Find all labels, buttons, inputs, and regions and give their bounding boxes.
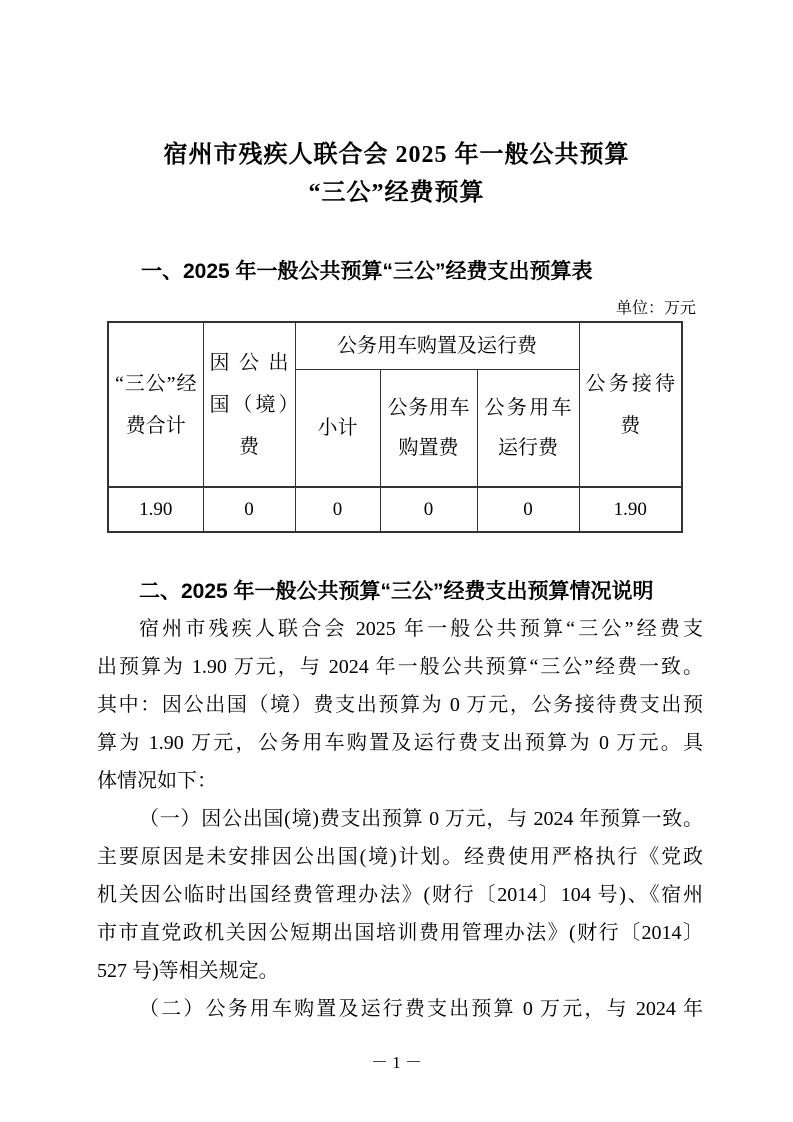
paragraph-line: 其中：因公出国（境）费支出预算为 0 万元，公务接待费支出预 — [97, 686, 703, 724]
header-reception-fee: 公务接待费 — [579, 322, 682, 487]
paragraph-line: 527 号)等相关规定。 — [97, 952, 703, 990]
paragraph-line: 算为 1.90 万元，公务用车购置及运行费支出预算为 0 万元。具 — [97, 724, 703, 762]
header-vehicle-purchase: 公务用车购置费 — [380, 369, 477, 487]
document-title-line2: “三公”经费预算 — [0, 174, 793, 212]
paragraph-line: （二）公务用车购置及运行费支出预算 0 万元，与 2024 年 — [97, 990, 703, 1028]
value-reception-fee: 1.90 — [579, 487, 682, 532]
unit-note: 单位：万元 — [616, 300, 696, 318]
paragraph-line: 主要原因是未安排因公出国(境)计划。经费使用严格执行《党政 — [97, 838, 703, 876]
header-vehicle-operation: 公务用车运行费 — [477, 369, 579, 487]
paragraph-line: 体情况如下： — [97, 762, 703, 800]
section2-body: 宿州市残疾人联合会 2025 年一般公共预算“三公”经费支 出预算为 1.90 … — [97, 610, 703, 1028]
paragraph-line: 机关因公临时出国经费管理办法》(财行〔2014〕104 号)、《宿州 — [97, 876, 703, 914]
header-vehicle-group: 公务用车购置及运行费 — [295, 322, 579, 369]
section1-heading: 一、2025 年一般公共预算“三公”经费支出预算表 — [141, 258, 593, 285]
header-abroad-fee: 因公出国（境）费 — [203, 322, 295, 487]
value-three-public-total: 1.90 — [108, 487, 203, 532]
document-title: 宿州市残疾人联合会 2025 年一般公共预算 “三公”经费预算 — [0, 136, 793, 212]
header-vehicle-subtotal: 小计 — [295, 369, 380, 487]
value-abroad-fee: 0 — [203, 487, 295, 532]
page-number: － 1 － — [0, 1048, 793, 1073]
value-vehicle-purchase: 0 — [380, 487, 477, 532]
value-vehicle-operation: 0 — [477, 487, 579, 532]
table-data-row: 1.90 0 0 0 0 1.90 — [108, 487, 682, 532]
paragraph-line: （一）因公出国(境)费支出预算 0 万元，与 2024 年预算一致。 — [97, 800, 703, 838]
paragraph-line: 出预算为 1.90 万元，与 2024 年一般公共预算“三公”经费一致。 — [97, 648, 703, 686]
header-three-public-total: “三公”经费合计 — [108, 322, 203, 487]
section2-heading: 二、2025 年一般公共预算“三公”经费支出预算情况说明 — [139, 578, 654, 605]
document-page: 宿州市残疾人联合会 2025 年一般公共预算 “三公”经费预算 一、2025 年… — [0, 0, 793, 1122]
paragraph-line: 市市直党政机关因公短期出国培训费用管理办法》(财行〔2014〕 — [97, 914, 703, 952]
value-vehicle-subtotal: 0 — [295, 487, 380, 532]
document-title-line1: 宿州市残疾人联合会 2025 年一般公共预算 — [0, 136, 793, 174]
paragraph-line: 宿州市残疾人联合会 2025 年一般公共预算“三公”经费支 — [97, 610, 703, 648]
budget-table: “三公”经费合计 因公出国（境）费 公务用车购置及运行费 公务接待费 小计 公务… — [107, 321, 683, 533]
